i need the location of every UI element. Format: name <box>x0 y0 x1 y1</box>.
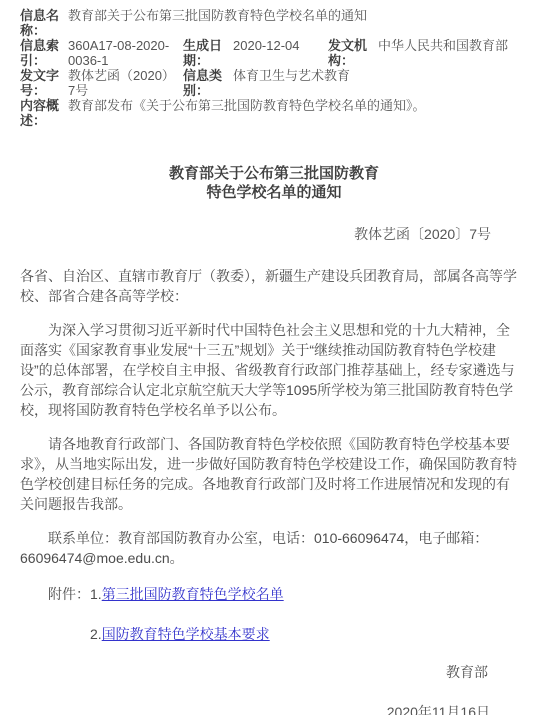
signature-org: 教育部 <box>0 662 548 682</box>
meta-name-value: 教育部关于公布第三批国防教育特色学校名单的通知 <box>68 8 528 38</box>
attachments-section: 附件：1.第三批国防教育特色学校名单 2.国防教育特色学校基本要求 <box>20 584 522 644</box>
meta-summary-label: 内容概述： <box>20 98 68 128</box>
salutation: 各省、自治区、直辖市教育厅（教委），新疆生产建设兵团教育局，部属各高等学校、部省… <box>20 266 522 306</box>
document-body: 各省、自治区、直辖市教育厅（教委），新疆生产建设兵团教育局，部属各高等学校、部省… <box>20 266 522 644</box>
meta-index-value: 360A17-08-2020-0036-1 <box>68 38 183 68</box>
meta-type-value: 体育卫生与艺术教育 <box>233 68 528 98</box>
paragraph-2: 请各地教育行政部门、各国防教育特色学校依照《国防教育特色学校基本要求》，从当地实… <box>20 434 522 514</box>
meta-docno-value: 教体艺函（2020）7号 <box>68 68 183 98</box>
document-number: 教体艺函〔2020〕7号 <box>0 224 548 244</box>
meta-gen-date-label: 生成日期： <box>183 38 233 68</box>
meta-name-label: 信息名称： <box>20 8 68 38</box>
meta-org-label: 发文机构： <box>328 38 378 68</box>
meta-table: 信息名称： 教育部关于公布第三批国防教育特色学校名单的通知 信息索引： 360A… <box>20 8 528 128</box>
meta-org-value: 中华人民共和国教育部 <box>378 38 528 68</box>
meta-summary-value: 教育部发布《关于公布第三批国防教育特色学校名单的通知》。 <box>68 98 528 128</box>
attachment-2-link[interactable]: 国防教育特色学校基本要求 <box>102 626 270 642</box>
document-title: 教育部关于公布第三批国防教育 特色学校名单的通知 <box>0 164 548 202</box>
meta-gen-date-value: 2020-12-04 <box>233 38 328 68</box>
attachment-2-number: 2. <box>90 626 102 642</box>
meta-index-label: 信息索引： <box>20 38 68 68</box>
attachment-1-link[interactable]: 第三批国防教育特色学校名单 <box>102 586 284 602</box>
signature-date: 2020年11月16日 <box>0 702 548 715</box>
attachments-label: 附件： <box>48 586 90 602</box>
meta-docno-label: 发文字号： <box>20 68 68 98</box>
attachment-item-2: 2.国防教育特色学校基本要求 <box>20 624 522 644</box>
meta-type-label: 信息类别： <box>183 68 233 98</box>
attachment-1-number: 1. <box>90 586 102 602</box>
attachment-item-1: 附件：1.第三批国防教育特色学校名单 <box>20 584 522 604</box>
paragraph-1: 为深入学习贯彻习近平新时代中国特色社会主义思想和党的十九大精神，全面落实《国家教… <box>20 320 522 420</box>
document-page: 信息名称： 教育部关于公布第三批国防教育特色学校名单的通知 信息索引： 360A… <box>0 8 548 715</box>
paragraph-3-contact: 联系单位：教育部国防教育办公室，电话：010-66096474，电子邮箱：660… <box>20 528 522 568</box>
